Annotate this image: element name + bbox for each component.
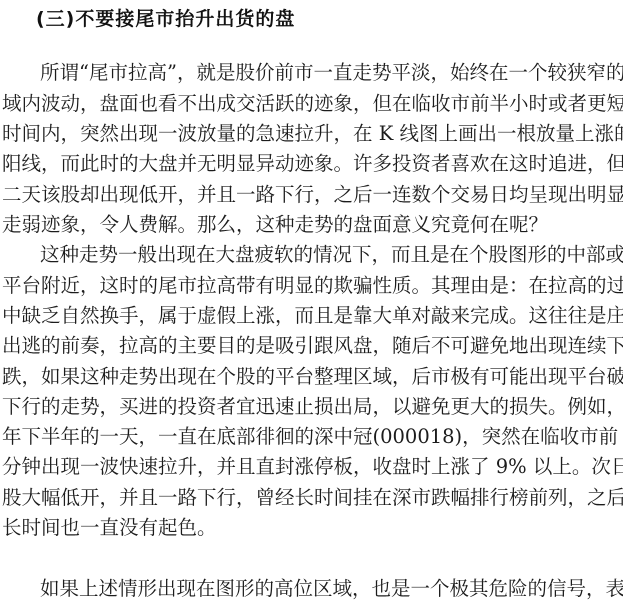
text-line: 二天该股却出现低开，并且一路下行，之后一连数个交易日均呈现出明显的	[2, 180, 621, 210]
text-line: 下行的走势，买进的投资者宜迅速止损出局，以避免更大的损失。例如，某	[2, 392, 621, 422]
text-line: 分钟出现一波快速拉升，并且直封涨停板，收盘时上涨了 9% 以上。次日该	[2, 452, 621, 482]
text-line: 年下半年的一天，一直在底部徘徊的深中冠(000018)，突然在临收市前 20	[2, 422, 621, 452]
text-line: 这种走势一般出现在大盘疲软的情况下，而且是在个股图形的中部或	[40, 240, 621, 270]
text-line: 如果上述情形出现在图形的高位区域，也是一个极其危险的信号，表明	[40, 574, 621, 604]
text-line: 长时间也一直没有起色。	[2, 513, 621, 543]
text-line: 所谓“尾市拉高”，就是股价前市一直走势平淡，始终在一个较狭窄的区	[40, 58, 621, 88]
text-line: 中缺乏自然换手，属于虚假上涨，而且是靠大单对敲来完成。这往往是庄家	[2, 301, 621, 331]
text-line: 时间内，突然出现一波放量的急速拉升，在 K 线图上画出一根放量上涨的大	[2, 119, 621, 149]
text-line: 阳线，而此时的大盘并无明显异动迹象。许多投资者喜欢在这时追进，但第	[2, 149, 621, 179]
text-line: 平台附近，这时的尾市拉高带有明显的欺骗性质。其理由是：在拉高的过程	[2, 271, 621, 301]
text-line: 域内波动，盘面也看不出成交活跃的迹象，但在临收市前半小时或者更短的	[2, 89, 621, 119]
text-line: 出逃的前奏，拉高的主要目的是吸引跟风盘，随后不可避免地出现连续下	[2, 331, 621, 361]
text-line: 股大幅低开，并且一路下行，曾经长时间挂在深市跌幅排行榜前列，之后很	[2, 483, 621, 513]
text-line: 走弱迹象，令人费解。那么，这种走势的盘面意义究竟何在呢？	[2, 210, 621, 240]
text-line: 跌，如果这种走势出现在个股的平台整理区域，后市极有可能出现平台破位	[2, 362, 621, 392]
section-title: (三)不要接尾市抬升出货的盘	[36, 4, 295, 31]
